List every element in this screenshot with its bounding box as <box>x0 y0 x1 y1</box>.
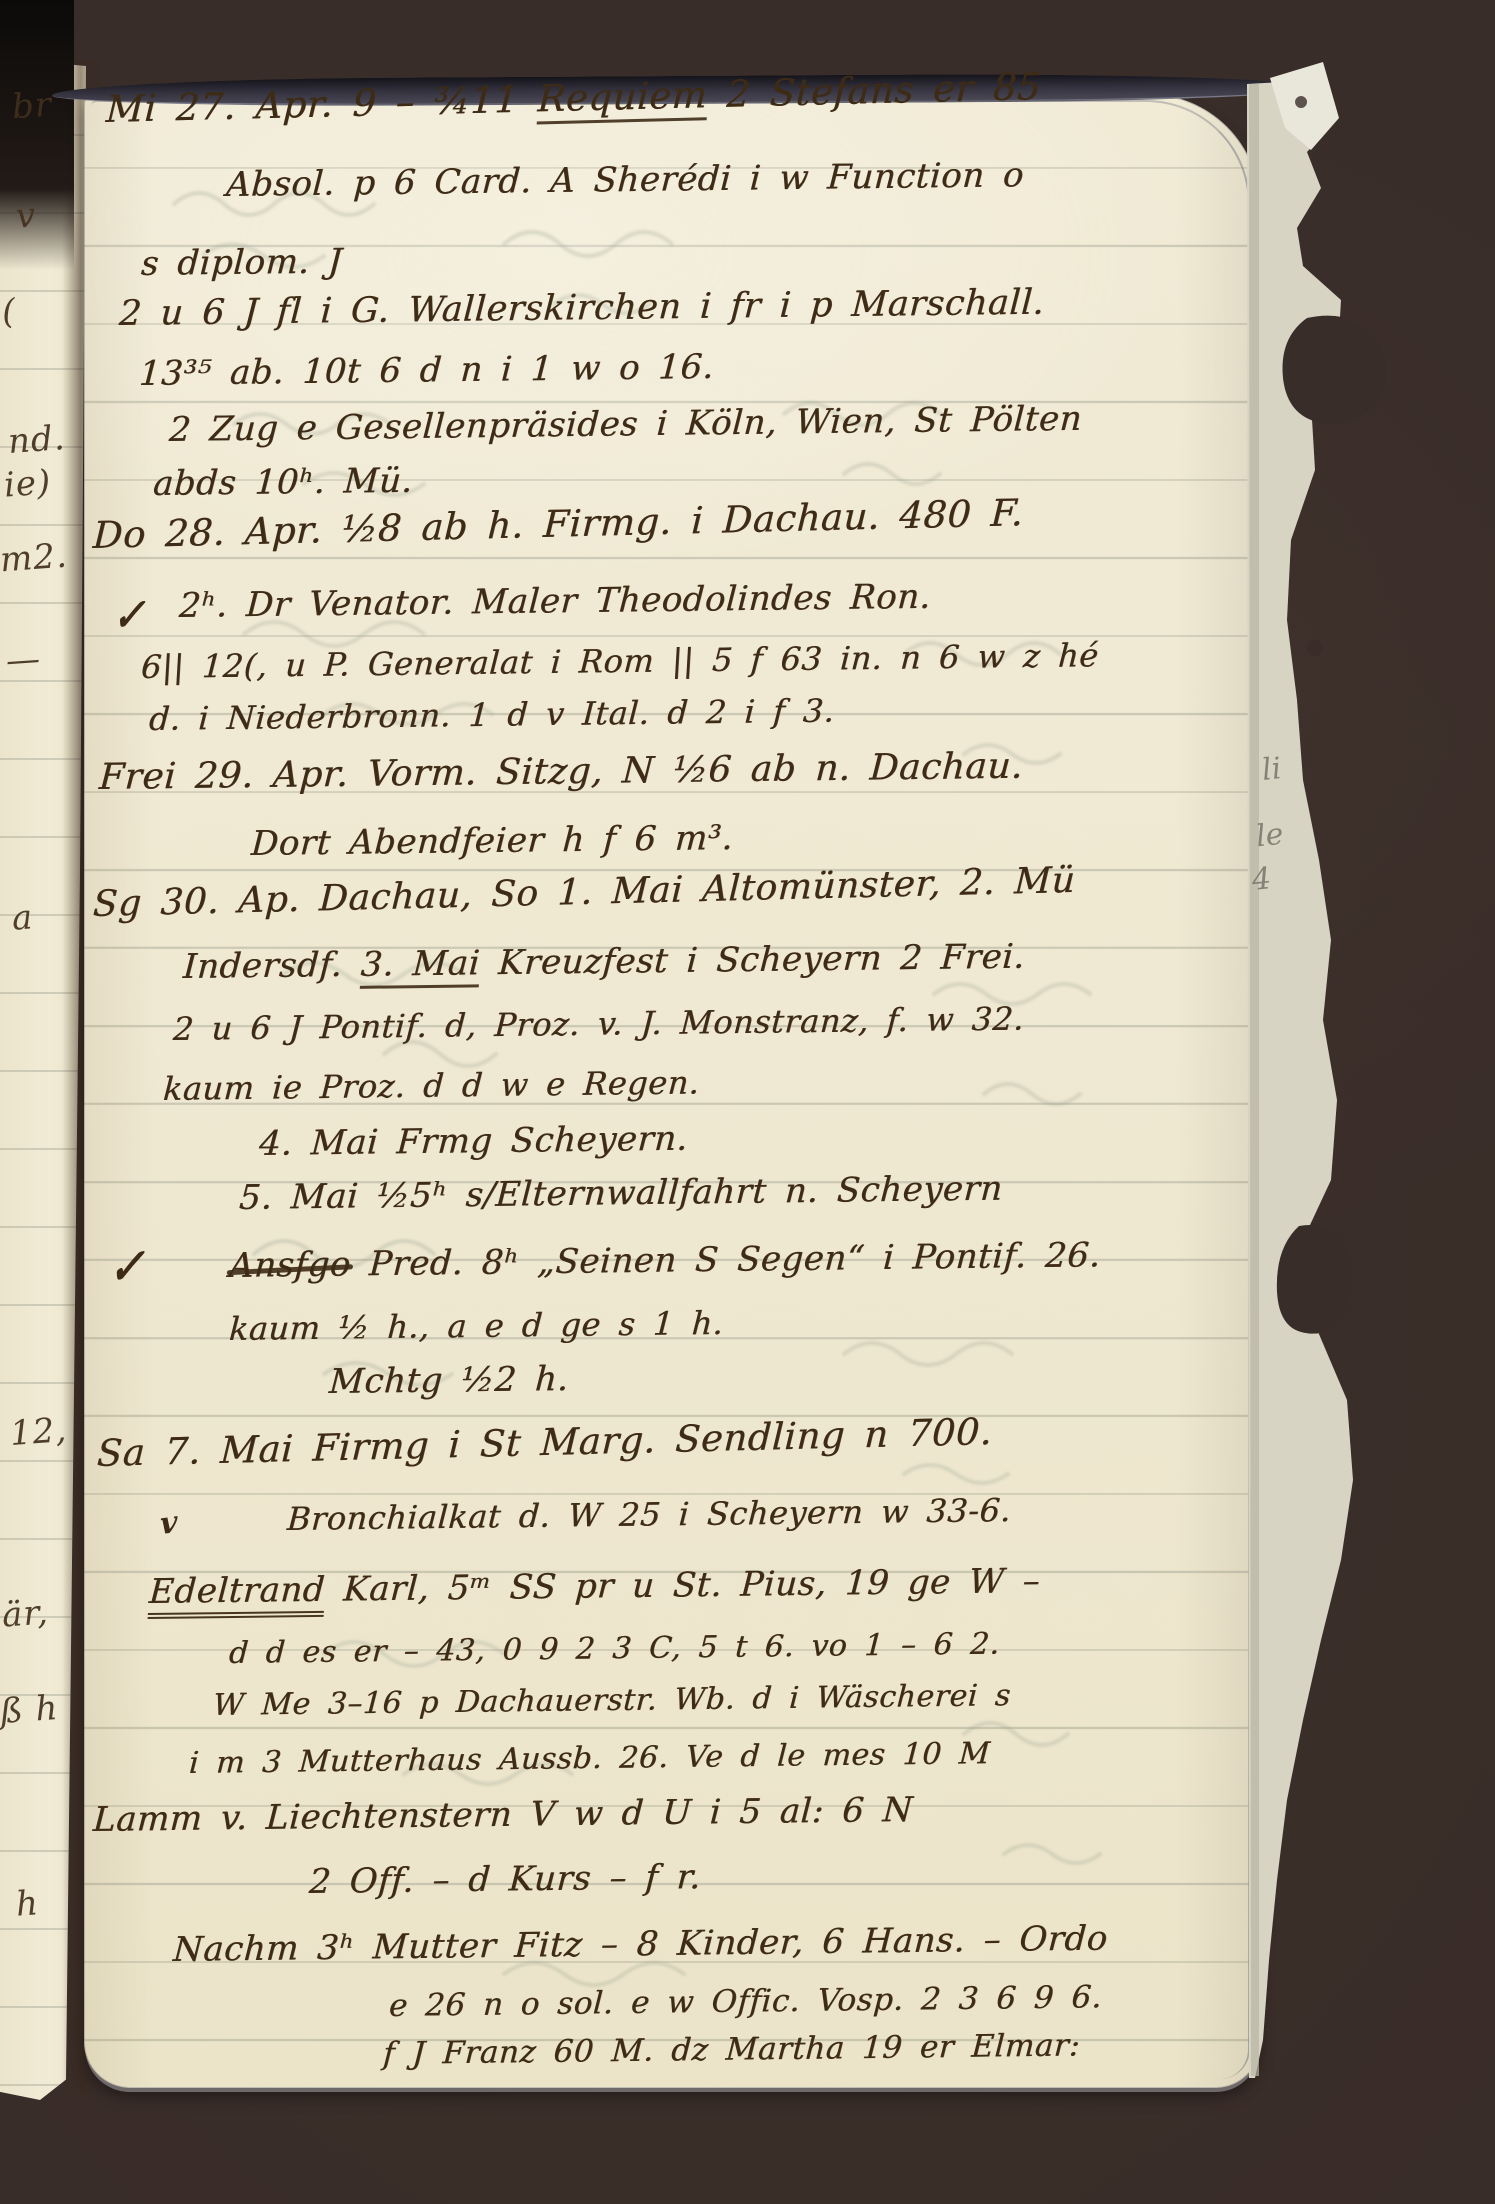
diary-line: Dort Abendfeier h f 6 m³. <box>250 818 734 864</box>
line-text: Kreuzfest i Scheyern 2 Frei. <box>479 937 1026 984</box>
left-page-text-fragment: — <box>5 639 43 681</box>
checkmark: ✓ <box>112 589 145 641</box>
underlined-name: Edeltrand <box>148 1570 327 1619</box>
left-page-text-fragment: a <box>11 897 35 938</box>
diary-line: abds 10ʰ. Mü. <box>152 461 414 504</box>
struck-out-word: Ansfgo <box>228 1244 352 1286</box>
diary-line: 4. Mai Frmg Scheyern. <box>258 1119 689 1164</box>
checkmark: ✓ <box>108 1239 145 1296</box>
diary-line: s diplom. J <box>140 242 343 284</box>
torn-strip-text-fragment: le <box>1254 817 1285 855</box>
left-page-text-fragment: ß h <box>0 1688 60 1732</box>
line-text: Indersdf. <box>182 945 362 987</box>
left-page-text-fragment: br <box>11 85 54 128</box>
diary-line: Mchtg ½2 h. <box>328 1359 570 1402</box>
left-page-text-fragment: nd. <box>7 418 67 462</box>
left-page-text-fragment: 12, <box>9 1410 69 1454</box>
checkmark: v <box>160 1505 177 1543</box>
torn-page-remnant <box>1215 0 1495 2204</box>
left-page-text-fragment: h <box>15 1883 41 1925</box>
torn-strip-text-fragment: li <box>1260 751 1283 788</box>
underlined-word: Requiem <box>537 73 709 124</box>
left-page-text-fragment: är, <box>1 1592 50 1635</box>
underlined-word: 3. Mai <box>359 943 481 988</box>
diary-line: kaum ½ h., a e d ge s 1 h. <box>228 1304 725 1348</box>
line-text: 2 Stefans er 85 <box>706 65 1042 116</box>
left-page-text-fragment: ie) <box>3 462 53 505</box>
left-page-text-fragment: ( <box>1 292 18 333</box>
left-page-text-fragment: v <box>15 195 38 236</box>
torn-strip-text-fragment: 4 <box>1250 861 1273 898</box>
scanned-diary-photograph: { "palette":{ "background":"#392d29", "p… <box>0 0 1495 2204</box>
diary-line: 2 Off. – d Kurs – f r. <box>308 1857 702 1902</box>
diary-line: kaum ie Proz. d d w e Regen. <box>162 1063 701 1108</box>
diary-line: 13³⁵ ab. 10t 6 d n i 1 w o 16. <box>138 347 715 394</box>
left-page-text-fragment: m2. <box>0 536 69 581</box>
